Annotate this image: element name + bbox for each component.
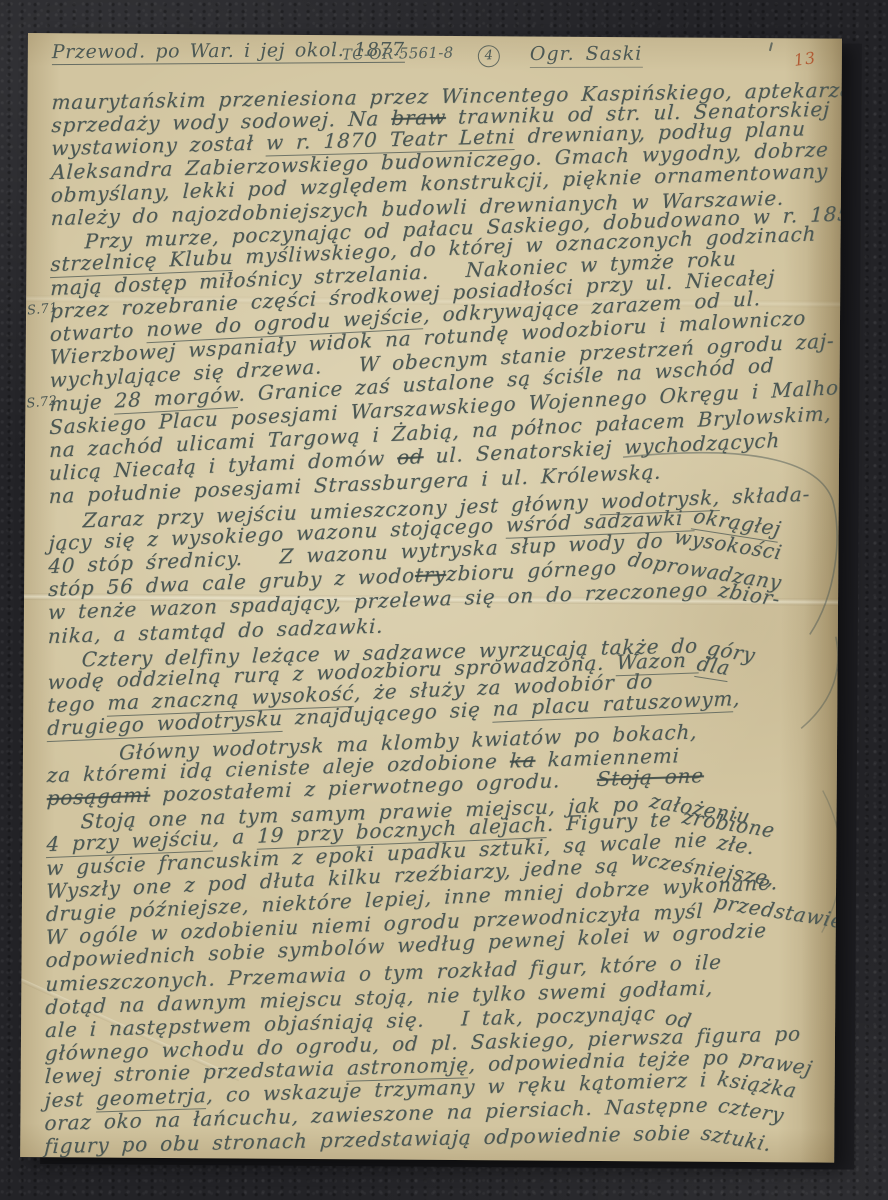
text-segment: sztuki. (699, 1121, 775, 1156)
text-segment: od (397, 444, 424, 469)
text-block: maurytańskim przeniesiona przez Wincente… (20, 33, 842, 1163)
margin-note: S.72 (26, 393, 58, 411)
margin-note: S.71 (26, 300, 58, 318)
text-segment: try (415, 562, 447, 587)
text-segment: , (733, 686, 741, 710)
text-segment: posągami (46, 783, 150, 811)
text-segment: jest (44, 1086, 97, 1112)
text-segment: , a (213, 824, 258, 850)
manuscript-page: Przewod. po War. i jej okol. 1877 TC-OR-… (20, 33, 842, 1163)
text-segment: zbior- (716, 579, 782, 612)
text-segment: dla (694, 652, 732, 682)
text-segment: Stoją one (596, 763, 704, 791)
